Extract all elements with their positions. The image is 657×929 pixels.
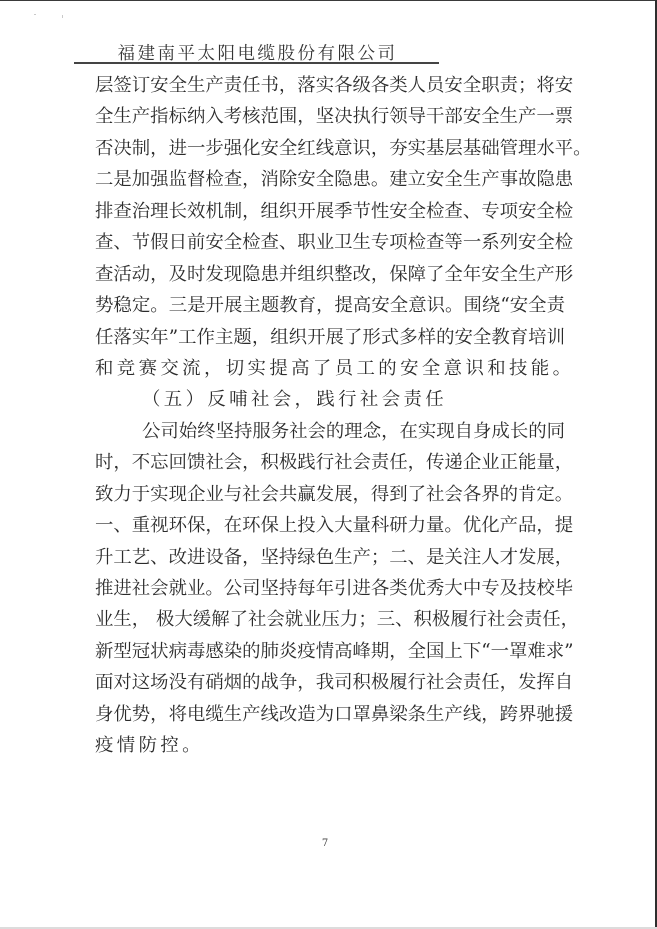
document-body: 层签订安全生产责任书，落实各级各类人员安全职责；将安全生产指标纳入考核范围，坚决… — [95, 70, 565, 762]
scan-speck — [34, 14, 36, 15]
text-line: 公司始终坚持服务社会的理念，在实现自身成长的同 — [95, 416, 565, 447]
text-line: 身优势，将电缆生产线改造为口罩鼻梁条生产线，跨界驰援 — [95, 699, 565, 730]
header-rule — [74, 62, 439, 64]
scan-speck — [62, 15, 63, 18]
text-line: 新型冠状病毒感染的肺炎疫情高峰期，全国上下“一罩难求” — [95, 636, 565, 667]
text-line: 疫情防控。 — [95, 730, 565, 761]
text-line: 层签订安全生产责任书，落实各级各类人员安全职责；将安 — [95, 70, 565, 101]
text-line: 查、节假日前安全检查、职业卫生专项检查等一系列安全检 — [95, 227, 565, 258]
text-line: 业生， 极大缓解了社会就业压力；三、积极履行社会责任， — [95, 604, 565, 635]
text-line: 升工艺、改进设备，坚持绿色生产；二、是关注人才发展， — [95, 542, 565, 573]
text-line: 二是加强监督检查，消除安全隐患。建立安全生产事故隐患 — [95, 164, 565, 195]
text-line: 任落实年”工作主题，组织开展了形式多样的安全教育培训 — [95, 322, 565, 353]
page-border-top — [0, 0, 657, 1]
page-number: 7 — [315, 838, 335, 849]
text-line: 时，不忘回馈社会，积极践行社会责任，传递企业正能量， — [95, 447, 565, 478]
text-line: 推进社会就业。公司坚持每年引进各类优秀大中专及技校毕 — [95, 573, 565, 604]
text-line: 和竞赛交流，切实提高了员工的安全意识和技能。 — [95, 353, 565, 384]
text-line: 全生产指标纳入考核范围，坚决执行领导干部安全生产一票 — [95, 101, 565, 132]
text-line: 势稳定。三是开展主题教育，提高安全意识。围绕“安全责 — [95, 290, 565, 321]
text-line: 否决制，进一步强化安全红线意识，夯实基层基础管理水平。 — [95, 133, 565, 164]
text-line: 查活动，及时发现隐患并组织整改，保障了全年安全生产形 — [95, 259, 565, 290]
text-line: 致力于实现企业与社会共赢发展，得到了社会各界的肯定。 — [95, 479, 565, 510]
text-line: 面对这场没有硝烟的战争，我司积极履行社会责任，发挥自 — [95, 667, 565, 698]
section-heading: （五）反哺社会，践行社会责任 — [95, 384, 565, 415]
text-line: 排查治理长效机制，组织开展季节性安全检查、专项安全检 — [95, 196, 565, 227]
text-line: 一、重视环保，在环保上投入大量科研力量。优化产品，提 — [95, 510, 565, 541]
